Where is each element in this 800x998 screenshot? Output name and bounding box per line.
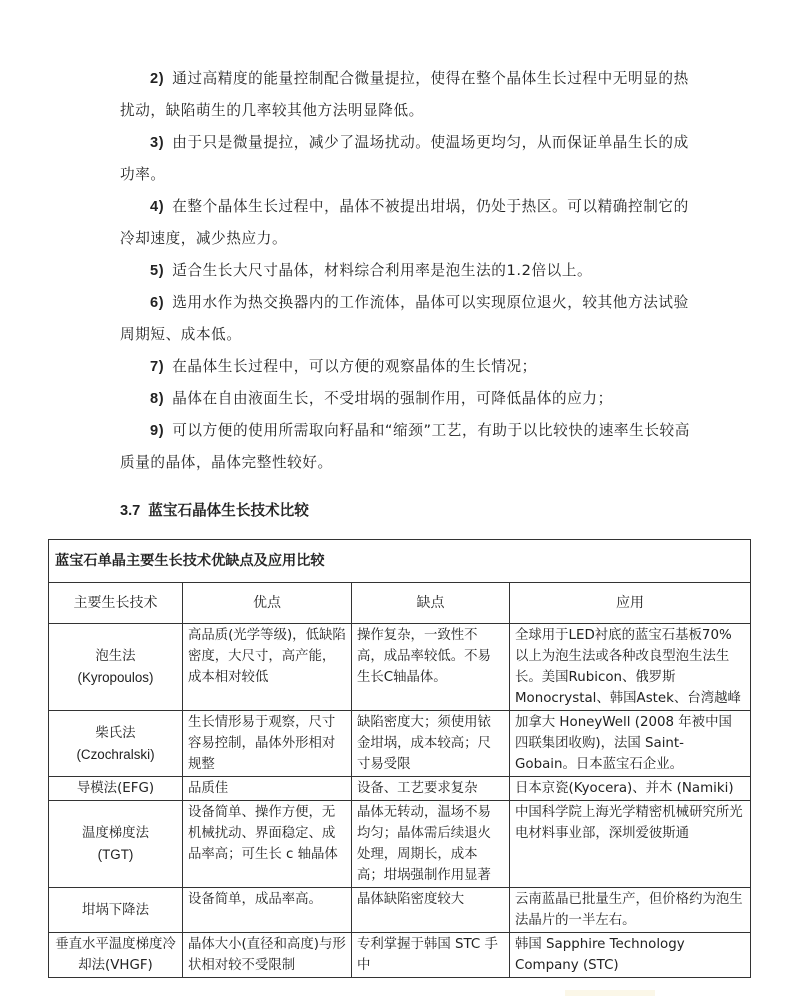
column-header-pros: 优点 — [183, 583, 352, 624]
item-number: 9) — [150, 423, 164, 439]
pros-cell: 生长情形易于观察，尺寸容易控制，晶体外形相对规整 — [183, 711, 352, 777]
table-row: 坩埚下降法 设备简单，成品率高。 晶体缺陷密度较大 云南蓝晶已批量生产，但价格约… — [49, 888, 751, 933]
pros-cell: 品质佳 — [183, 777, 352, 801]
technique-name: 泡生法 — [54, 646, 177, 667]
paragraph-text: 晶体在自由液面生长，不受坩埚的强制作用，可降低晶体的应力； — [172, 390, 613, 407]
paragraph-text: 适合生长大尺寸晶体，材料综合利用率是泡生法的1.2倍以上。 — [172, 262, 592, 279]
item-number: 3) — [150, 135, 164, 151]
technique-cell: 坩埚下降法 — [49, 888, 183, 933]
technique-name: 柴氏法 — [54, 723, 177, 744]
technique-latin-name: (Czochralski) — [54, 744, 177, 765]
item-number: 6) — [150, 295, 164, 311]
cons-cell: 操作复杂，一致性不高，成品率较低。不易生长C轴晶体。 — [352, 624, 510, 711]
section-heading: 3.7蓝宝石晶体生长技术比较 — [120, 499, 309, 523]
table-row: 温度梯度法 (TGT) 设备简单、操作方便，无机械扰动、界面稳定、成品率高；可生… — [49, 801, 751, 888]
pros-cell: 设备简单，成品率高。 — [183, 888, 352, 933]
technique-cell: 垂直水平温度梯度冷却法(VHGF) — [49, 933, 183, 978]
cons-cell: 专利掌握于韩国 STC 手中 — [352, 933, 510, 978]
item-number: 4) — [150, 199, 164, 215]
paragraph-text: 选用水作为热交换器内的工作流体，晶体可以实现原位退火，较其他方法试验周期短、成本… — [120, 294, 689, 343]
table-row: 垂直水平温度梯度冷却法(VHGF) 晶体大小(直径和高度)与形状相对较不受限制 … — [49, 933, 751, 978]
applications-cell: 加拿大 HoneyWell (2008 年被中国四联集团收购)，法国 Saint… — [510, 711, 751, 777]
technique-cell: 柴氏法 (Czochralski) — [49, 711, 183, 777]
pros-cell: 高品质(光学等级)，低缺陷密度，大尺寸，高产能，成本相对较低 — [183, 624, 352, 711]
applications-cell: 韩国 Sapphire Technology Company (STC) — [510, 933, 751, 978]
technique-name: 坩埚下降法 — [54, 900, 177, 921]
column-header-cons: 缺点 — [352, 583, 510, 624]
pros-cell: 设备简单、操作方便，无机械扰动、界面稳定、成品率高；可生长 c 轴晶体 — [183, 801, 352, 888]
column-header-technique: 主要生长技术 — [49, 583, 183, 624]
applications-cell: 全球用于LED衬底的蓝宝石基板70%以上为泡生法或各种改良型泡生法生长。美国Ru… — [510, 624, 751, 711]
document-page: 2)通过高精度的能量控制配合微量提拉，使得在整个晶体生长过程中无明显的热扰动，缺… — [0, 0, 800, 998]
technique-cell: 导模法(EFG) — [49, 777, 183, 801]
paragraph-item-2: 2)通过高精度的能量控制配合微量提拉，使得在整个晶体生长过程中无明显的热扰动，缺… — [120, 63, 692, 127]
table-caption: 蓝宝石单晶主要生长技术优缺点及应用比较 — [49, 540, 751, 583]
applications-cell: 日本京瓷(Kyocera)、并木 (Namiki) — [510, 777, 751, 801]
column-header-applications: 应用 — [510, 583, 751, 624]
paragraph-text: 可以方便的使用所需取向籽晶和“缩颈”工艺，有助于以比较快的速率生长较高质量的晶体… — [120, 422, 690, 471]
paragraph-text: 在晶体生长过程中，可以方便的观察晶体的生长情况； — [172, 358, 537, 375]
paragraph-item-6: 6)选用水作为热交换器内的工作流体，晶体可以实现原位退火，较其他方法试验周期短、… — [120, 287, 692, 351]
cons-cell: 设备、工艺要求复杂 — [352, 777, 510, 801]
table-row: 柴氏法 (Czochralski) 生长情形易于观察，尺寸容易控制，晶体外形相对… — [49, 711, 751, 777]
cons-cell: 晶体缺陷密度较大 — [352, 888, 510, 933]
technique-name: 垂直水平温度梯度冷却法(VHGF) — [54, 934, 177, 976]
table-row: 泡生法 (Kyropoulos) 高品质(光学等级)，低缺陷密度，大尺寸，高产能… — [49, 624, 751, 711]
paragraph-item-5: 5)适合生长大尺寸晶体，材料综合利用率是泡生法的1.2倍以上。 — [120, 255, 692, 287]
technique-name: 导模法(EFG) — [54, 778, 177, 799]
cons-cell: 晶体无转动，温场不易均匀；晶体需后续退火处理，周期长，成本高；坩埚强制作用显著 — [352, 801, 510, 888]
applications-cell: 云南蓝晶已批量生产，但价格约为泡生法晶片的一半左右。 — [510, 888, 751, 933]
paragraph-text: 在整个晶体生长过程中，晶体不被提出坩埚，仍处于热区。可以精确控制它的冷却速度，减… — [120, 198, 689, 247]
technique-name: 温度梯度法 — [54, 823, 177, 844]
item-number: 5) — [150, 263, 164, 279]
paragraph-text: 通过高精度的能量控制配合微量提拉，使得在整个晶体生长过程中无明显的热扰动，缺陷萌… — [120, 70, 689, 119]
item-number: 8) — [150, 391, 164, 407]
applications-cell: 中国科学院上海光学精密机械研究所光电材料事业部，深圳爱彼斯通 — [510, 801, 751, 888]
technique-latin-name: (TGT) — [54, 844, 177, 865]
paragraph-item-7: 7)在晶体生长过程中，可以方便的观察晶体的生长情况； — [120, 351, 692, 383]
table-row: 导模法(EFG) 品质佳 设备、工艺要求复杂 日本京瓷(Kyocera)、并木 … — [49, 777, 751, 801]
paragraph-item-8: 8)晶体在自由液面生长，不受坩埚的强制作用，可降低晶体的应力； — [120, 383, 692, 415]
item-number: 2) — [150, 71, 164, 87]
technique-latin-name: (Kyropoulos) — [54, 667, 177, 688]
table-caption-row: 蓝宝石单晶主要生长技术优缺点及应用比较 — [49, 540, 751, 583]
paragraph-item-3: 3)由于只是微量提拉，减少了温场扰动。使温场更均匀，从而保证单晶生长的成功率。 — [120, 127, 692, 191]
technique-cell: 泡生法 (Kyropoulos) — [49, 624, 183, 711]
pros-cell: 晶体大小(直径和高度)与形状相对较不受限制 — [183, 933, 352, 978]
item-number: 7) — [150, 359, 164, 375]
paragraph-item-9: 9)可以方便的使用所需取向籽晶和“缩颈”工艺，有助于以比较快的速率生长较高质量的… — [120, 415, 692, 479]
technique-cell: 温度梯度法 (TGT) — [49, 801, 183, 888]
paragraph-item-4: 4)在整个晶体生长过程中，晶体不被提出坩埚，仍处于热区。可以精确控制它的冷却速度… — [120, 191, 692, 255]
cons-cell: 缺陷密度大；须使用铱金坩埚，成本较高；尺寸易受限 — [352, 711, 510, 777]
faint-watermark — [565, 990, 655, 996]
paragraph-text: 由于只是微量提拉，减少了温场扰动。使温场更均匀，从而保证单晶生长的成功率。 — [120, 134, 689, 183]
section-number: 3.7 — [120, 503, 140, 519]
section-title-text: 蓝宝石晶体生长技术比较 — [148, 502, 309, 519]
comparison-table: 蓝宝石单晶主要生长技术优缺点及应用比较 主要生长技术 优点 缺点 应用 泡生法 … — [48, 539, 751, 978]
table-header-row: 主要生长技术 优点 缺点 应用 — [49, 583, 751, 624]
